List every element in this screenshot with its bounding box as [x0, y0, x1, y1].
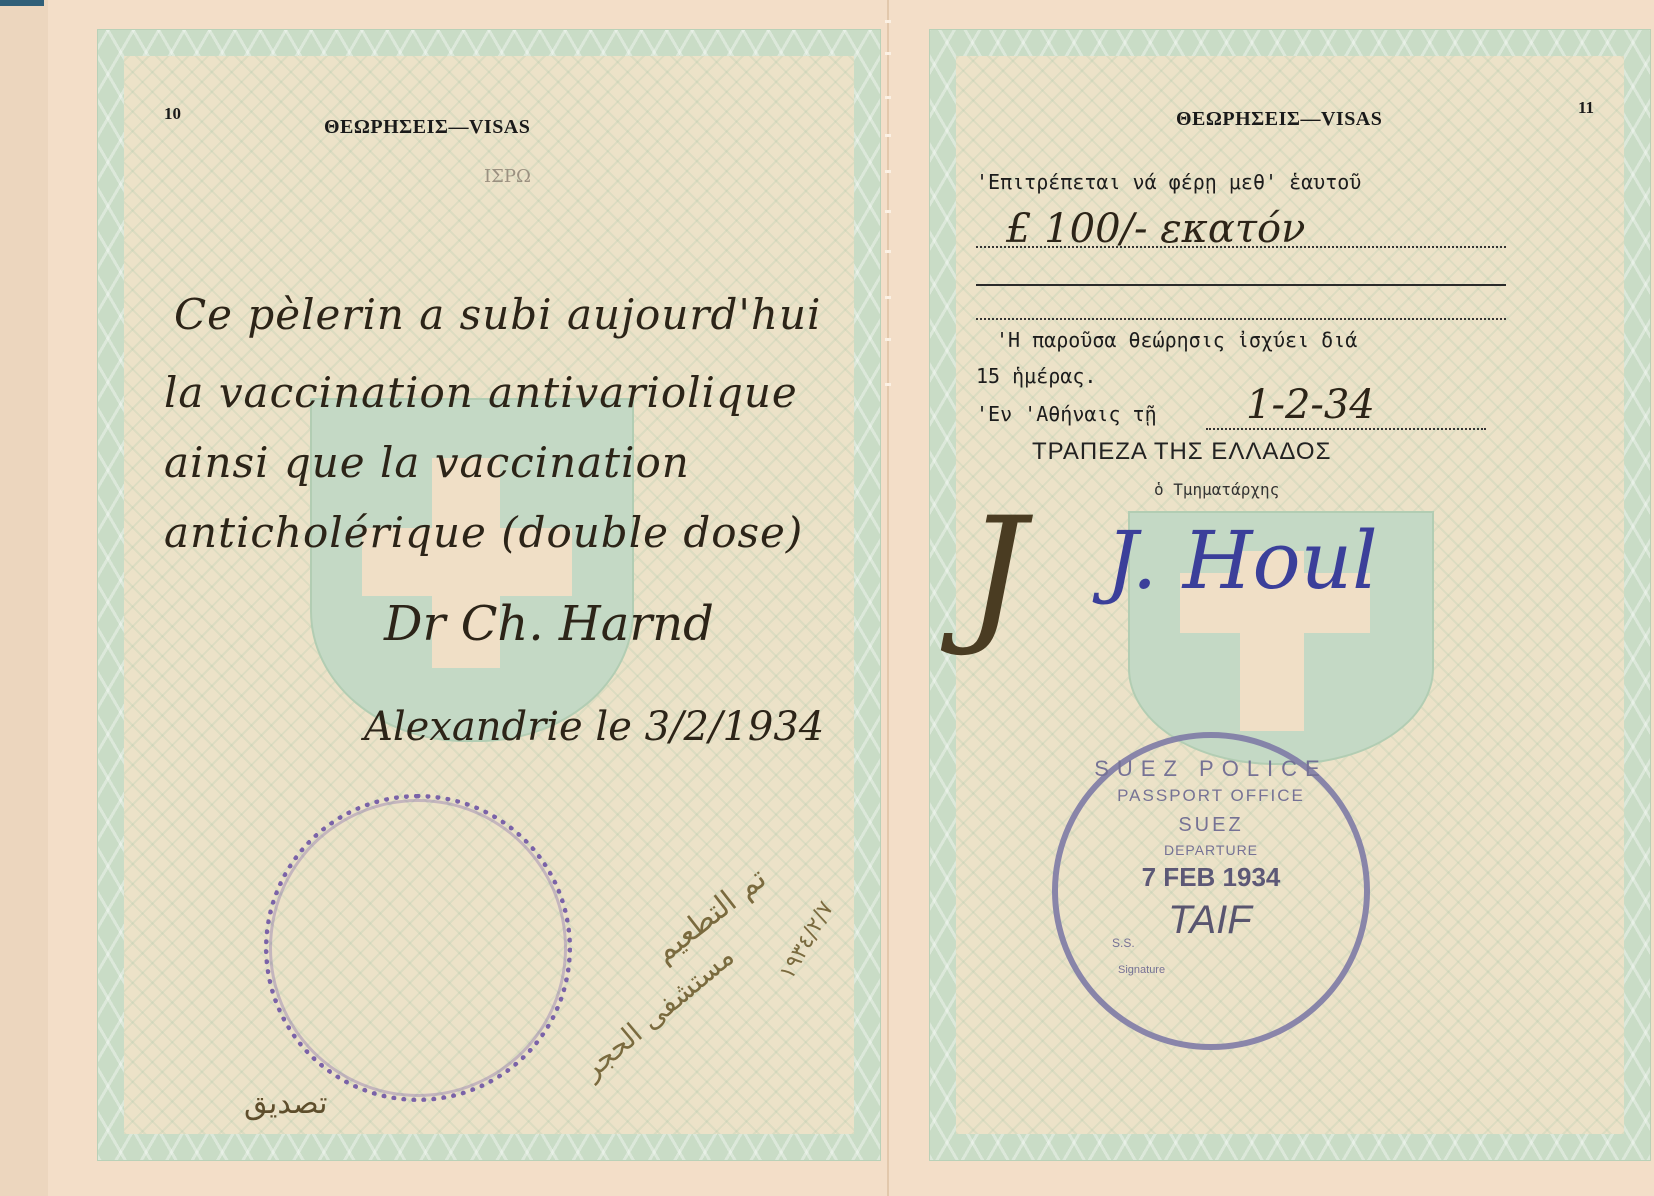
binding-stitch	[885, 96, 891, 99]
bank-official-title: ὁ Τμηματάρχης	[1154, 480, 1279, 499]
binding-stitch	[885, 134, 891, 137]
binding-stitch	[885, 383, 891, 386]
faint-stamp-text: ΙΣΡΩ	[484, 166, 531, 187]
visa-page-10: 10 ΘΕΩΡΗΣΕΙΣ—VISAS ΙΣΡΩ Ce pèlerin a sub…	[98, 30, 880, 1160]
handwritten-line: ainsi que la vaccination	[164, 438, 690, 487]
handwritten-line: anticholérique (double dose)	[164, 508, 803, 557]
stamp-type: DEPARTURE	[1058, 842, 1364, 858]
adjacent-page-edge	[0, 0, 50, 1196]
fill-line	[976, 318, 1506, 320]
binding-stitch	[885, 250, 891, 253]
binding-stitch	[885, 52, 891, 55]
visa-page-11: 11 ΘΕΩΡΗΣΕΙΣ—VISAS 'Επιτρέπεται νά φέρῃ …	[930, 30, 1650, 1160]
official-signature: J. Houl	[1106, 514, 1378, 607]
suez-police-departure-stamp: SUEZ POLICE PASSPORT OFFICE SUEZ DEPARTU…	[1052, 732, 1370, 1050]
page-number: 10	[164, 104, 181, 124]
bank-name: ΤΡΑΠΕΖΑ ΤΗΣ ΕΛΛΑΔΟΣ	[1032, 438, 1331, 466]
arabic-signature: تصديق	[244, 1086, 327, 1121]
stamp-date: 7 FEB 1934	[1058, 862, 1364, 893]
fill-line	[976, 284, 1506, 286]
binding-stitch	[885, 296, 891, 299]
cover-edge	[0, 0, 44, 6]
binding-stitch	[885, 170, 891, 173]
arabic-note: مستشفى الحجر	[575, 940, 740, 1086]
official-seal-stamp	[264, 794, 572, 1102]
typed-validity-days: 15 ἡμέρας.	[976, 364, 1096, 388]
brown-signature: J	[966, 486, 1026, 660]
binding-stitch	[885, 210, 891, 213]
handwritten-line: la vaccination antivariolique	[164, 368, 798, 417]
ship-name: TAIF	[1168, 898, 1252, 943]
stamp-city: SUEZ	[1058, 814, 1364, 837]
doctor-signature: Dr Ch. Harnd	[384, 596, 714, 652]
page-header: ΘΕΩΡΗΣΕΙΣ—VISAS	[324, 116, 530, 139]
signature-label: Signature	[1118, 964, 1165, 976]
binding-stitch	[885, 338, 891, 341]
typed-permission: 'Επιτρέπεται νά φέρῃ μεθ' ἑαυτοῦ	[976, 170, 1361, 194]
binding-fold	[887, 0, 889, 1196]
binding-stitch	[885, 20, 891, 23]
page-number: 11	[1578, 98, 1594, 118]
typed-validity: 'Η παροῦσα θεώρησις ἰσχύει διά	[996, 328, 1357, 352]
stamp-office-text: PASSPORT OFFICE	[1058, 786, 1364, 806]
typed-place: 'Εν 'Αθήναις τῇ	[976, 402, 1157, 426]
date-fill-line	[1206, 428, 1486, 430]
place-date: Alexandrie le 3/2/1934	[364, 704, 824, 750]
fill-line	[976, 246, 1506, 248]
stamp-outer-text: SUEZ POLICE	[1058, 756, 1364, 782]
arabic-date: ١٩٣٤/٢/٧	[775, 897, 840, 984]
page-header: ΘΕΩΡΗΣΕΙΣ—VISAS	[1176, 108, 1382, 131]
handwritten-line: Ce pèlerin a subi aujourd'hui	[174, 290, 821, 339]
handwritten-date: 1-2-34	[1246, 382, 1375, 428]
ship-label: S.S.	[1112, 936, 1135, 950]
